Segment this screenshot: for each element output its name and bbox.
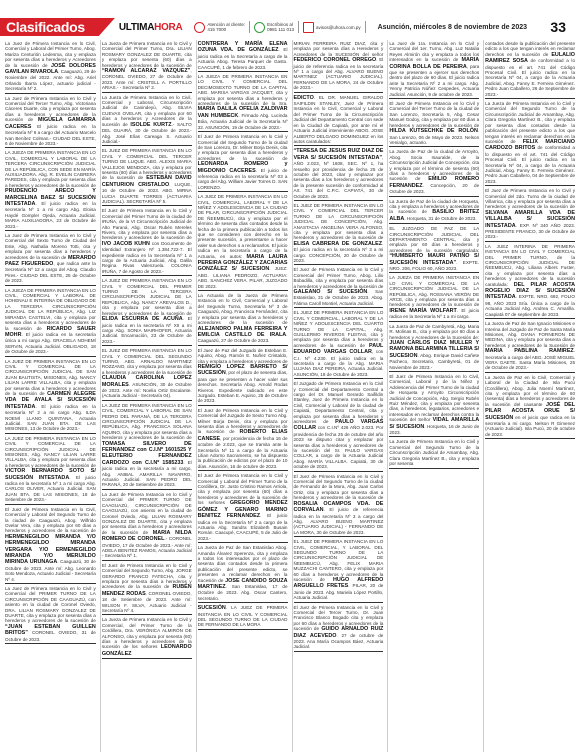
notice-text: La Jueza de Primera Instancia en lo Civi…: [102, 41, 192, 68]
notice-text: LA JUEZA DE PRIMERA INSTANCIA EN LO CIVI…: [198, 74, 288, 106]
legal-notice: MIRIAN FERREIRA RUIZ DIAZ, cita y emplaz…: [294, 40, 384, 93]
legal-notice: La Jueza de Paz de la ciudad de Horqueta…: [389, 198, 479, 225]
legal-notice: El Juez de Primera Instancia en lo Civil…: [102, 562, 192, 616]
notice-text: de conformidad a lo dispuesto en el art.…: [485, 145, 575, 183]
notice-text: LA JUEZA DE PRIMERA INSTANCIA EN LO CIVI…: [389, 275, 479, 307]
contact-whatsapp: Escríbinos al0981 111 013: [254, 22, 294, 33]
legal-notice: LA JUEZA DE PRIMERA INSTANCIA EN LO CIVI…: [5, 149, 96, 231]
legal-notice: La Actuaria de la Jueza de Primera Insta…: [198, 292, 288, 346]
legal-notice: EL JUEZ DE PRIMERA INSTANCIA EN LO CIVIL…: [102, 347, 192, 401]
notice-text: El Juez de Primera Instancia en lo Civil…: [389, 101, 479, 128]
notice-text: LA JUEZ DE PRIMERA INSTANCIA EN LO CIVIL…: [102, 403, 192, 440]
legal-notice: LA JUEZ INTERINA DE PRIMERA INSTANCIA EN…: [485, 243, 575, 319]
notice-column: La Juez de 1ra. Instancia en lo Civil y …: [387, 40, 480, 752]
legal-notice: La Jueza de Primera Instancia en lo Civi…: [102, 616, 192, 659]
notice-column: contados desde la publicación del presen…: [483, 40, 576, 752]
notice-column: CONTRERA Y MARÍA ELENA OZUNA VDA. DE GON…: [196, 40, 289, 752]
notice-text: El Juez de Primera Instancia en lo Civil…: [102, 208, 192, 240]
legal-notice: La Juez de Primera Instancia en lo Civil…: [102, 491, 192, 561]
decedent-name: “RAMON ALCARAZ VAZQUEZ”: [102, 68, 191, 74]
legal-notice: La Jueza de Paz de San Estanislao Abog. …: [198, 544, 288, 603]
divider: [365, 21, 366, 33]
decedent-name: IRENE MARÍA WOLFART: [389, 308, 457, 314]
decedent-name: GALEANO S/ SUCESIÓN: [294, 289, 368, 295]
contact-email: avisos@uhora.com.py: [303, 22, 361, 33]
legal-notice: El Juez de Primera Instancia en lo Civil…: [389, 373, 479, 437]
legal-notice: La Jueza de Primera Instancia en lo Civi…: [102, 94, 192, 147]
legal-notice: El Juez de Primera Instancia en lo Civil…: [198, 472, 288, 543]
decedent-name: MARIA PABLINA RAMIREZ: [485, 348, 574, 354]
notice-text: , AÑO 2.023, Nº 1608, SEC. Nº 1, ha resu…: [294, 155, 384, 199]
notice-text: La Jueza de Paz de San Ignacio Misiones …: [485, 321, 575, 348]
legal-notice: LA JUEZ DE PRIMERA INSTANCIA EN LO CIVIL…: [5, 435, 96, 505]
notice-text: El Juez de Primera Instancia en lo Civil…: [485, 188, 575, 209]
decedent-name: HILDA KUTSECHKE DE ROLÓN: [389, 128, 478, 134]
notice-text: EL JUEZ DE PRIMERA INSTANCIA EN LO CIVIL…: [294, 539, 384, 582]
legal-notice: LA JUEZ DE PRIMERA INSTANCIA EN LO CIVIL…: [198, 193, 288, 291]
notice-text: LA JUEZA DE PRIMERA INSTANCIA EN LO CIVI…: [5, 288, 96, 331]
legal-notice: EL JUEZ DE PRIMERA INSTANCIA EN LO CIVIL…: [102, 147, 192, 206]
legal-notice: LA JUEZA DE PRIMERA INSTANCIA EN LO CIVI…: [389, 274, 479, 321]
decedent-name: EDICTO: [294, 95, 314, 101]
legal-notice: LA JUEZA DE PRIMERA INSTANCIA EN LO CIVI…: [5, 287, 96, 357]
notice-text: La Juez de Primera Instancia en lo Civil…: [102, 492, 192, 535]
notice-text: . EL DR. MANUEL GIRALDO SAIFILDIN STANLE…: [294, 95, 384, 144]
legal-notice: EL JUEZ DE PRIMERA INSTANCIA EN LO CIVIL…: [294, 202, 384, 265]
notice-text: LA JUEZ DE PRIMERA INSTANCIA EN LO CIVIL…: [5, 436, 96, 468]
envelope-icon: [303, 22, 314, 33]
decedent-name: CONTRERA Y MARÍA ELENA OZUNA VDA. DE GON…: [198, 41, 288, 53]
newspaper-logo: ULTIMAHORA: [119, 22, 182, 33]
notice-text: El Juez de Paz del Juzgado de Esteban E.…: [198, 348, 288, 364]
legal-notice: LA JUEZA DE PRIMERA INSTANCIA EN LO CIVI…: [198, 73, 288, 132]
legal-notice: El Juez de Paz del Juzgado de Esteban E.…: [198, 347, 288, 406]
issue-date: Asunción, miércoles 8 de noviembre de 20…: [378, 24, 527, 31]
legal-notice: La Juez de 1ra. Instancia en lo Civil y …: [389, 40, 479, 99]
legal-notice: EDICTO. EL DR. MANUEL GIRALDO SAIFILDIN …: [294, 94, 384, 147]
decedent-name: ELISA CABRERA DE GONZALEZ: [294, 241, 383, 247]
legal-notice: El Juez de Primera Instancia en lo Civil…: [389, 100, 479, 147]
decedent-name: FEDERICO CORONEL ORREGO: [294, 57, 377, 63]
notice-text: con C.I.Nº 426 AÑO 2.023. Por providenci…: [294, 425, 384, 469]
legal-notice: El Juez de Primera Instancia en lo Civil…: [102, 207, 192, 276]
legal-notice: El Juez de Primera Instancia en lo Civil…: [294, 266, 384, 308]
legal-notice: La Jueza de Paz de Cambyretá, Abg. Maria…: [389, 323, 479, 372]
notice-text: EL JUEZ DE PRIMERA INSTANCIA EN LO CIVIL…: [102, 348, 192, 375]
legal-notice: EL JUEZ DE PRIMERA INSTANCIA EN LO CIVIL…: [294, 309, 384, 379]
legal-notice: La Juez de Primera Instancia en lo Civil…: [5, 585, 96, 644]
notice-column: La Juez de Primera Instancia en lo Civil…: [4, 40, 97, 752]
notice-text: El Juez de Primera Instancia en lo Civil…: [294, 474, 384, 501]
notice-text: LA JUEZ DE PRIMERA INSTANCIA EN LO CIVIL…: [198, 194, 288, 258]
notice-text: . Horqueta, 31 de Octubre de 2023.: [404, 216, 476, 221]
decedent-name: “TERESA DE JESUS RUIZ DIAZ DE VERA S/ SU…: [294, 148, 384, 160]
legal-notice: EL JUEZ DE PRIMERA INSTANCIA EN LO CIVIL…: [294, 538, 384, 602]
legal-notice: El Juez de Primera Instancia en lo Civil…: [294, 604, 384, 652]
notice-text: El Juez de Primera Instancia en lo Civil…: [5, 507, 96, 534]
notice-text: EL JUEZ DE PRIMERA INSTANCIA EN LO CIVIL…: [294, 203, 384, 240]
legal-notice: EL JUZGADO DE PAZ DE LA CIRCUNSCRIPCIÓN …: [389, 225, 479, 273]
notice-text: La Jueza de Primera Instancia en lo Civi…: [485, 101, 575, 144]
notice-text: MIRIAN FERREIRA RUIZ DIAZ, cita y emplaz…: [294, 41, 384, 57]
page-number: 33: [550, 19, 566, 35]
notice-text: La Actuaria de la Jueza de Primera Insta…: [198, 293, 288, 325]
notice-text: de conformidad a lo dispuesto en el art.…: [485, 58, 575, 96]
legal-notice: La Jueza de Primera Instancia en lo Civi…: [389, 438, 479, 469]
legal-notice: La Jueza de Primera Instancia en lo Civi…: [485, 100, 575, 186]
legal-notice: La Jueza de Paz de la ciudad de Arroyito…: [389, 148, 479, 196]
notice-text: La Jueza de Primera Instancia en lo Civi…: [389, 439, 479, 466]
classifieds-columns: La Juez de Primera Instancia en lo Civil…: [4, 40, 576, 752]
page-header: Clasificados ULTIMAHORA Atención al clie…: [0, 18, 580, 36]
legal-notice: LA JUEZ DE PRIMERA INSTANCIA EN LO CIVIL…: [102, 402, 192, 490]
legal-notice: LA JUEZ DE PRIMERA INSTANCIA EN LO CIVIL…: [102, 277, 192, 346]
contact-phone: Atención al cliente:415 7000: [194, 22, 245, 33]
legal-notice: La Juez de Primera Instancia en lo Civil…: [5, 40, 96, 94]
notice-text: La Jueza de Paz de Cambyretá, Abg. Maria…: [389, 324, 479, 340]
notice-text: LA JUEZA DE PRIMERA INSTANCIA EN LO CIVI…: [5, 150, 96, 187]
decedent-name: ELIDA ESCURRA DE ACUÑA: [102, 316, 183, 322]
notice-text: LA JUEZ INTERINA DE PRIMERA INSTANCIA EN…: [485, 244, 575, 287]
legal-notice: La Jueza de Paz de San Ignacio Misiones …: [485, 320, 575, 373]
decedent-name: ALEJANDRO PALMA FERREIRA Y EMILCIA CASTI…: [198, 326, 288, 338]
legal-notice: El Juez de Primera Instancia en lo Civil…: [485, 187, 575, 242]
decedent-name: ISOLDE KURTZ: [130, 122, 171, 128]
legal-notice: CONTRERA Y MARÍA ELENA OZUNA VDA. DE GON…: [198, 40, 288, 72]
divider: [298, 21, 299, 33]
notice-text: El Juzgado de Primera Instancia en lo Ci…: [294, 381, 384, 424]
divider: [249, 21, 250, 33]
legal-notice: SUCESIÓN. LA JUEZ DE PRIMERA INSTANCIA E…: [198, 604, 288, 630]
legal-notice: La Jueza de Primera Instancia en lo Civi…: [102, 40, 192, 93]
legal-notice: El Juez de Primera Instancia en lo Civil…: [198, 133, 288, 192]
notice-column: MIRIAN FERREIRA RUIZ DIAZ, cita y emplaz…: [292, 40, 385, 752]
whatsapp-icon: [254, 22, 265, 33]
legal-notice: El Juez de Primera Instancia en lo Civil…: [5, 506, 96, 584]
phone-icon: [194, 22, 205, 33]
legal-notice: La Juez de Primera Instancia en lo Civil…: [5, 95, 96, 149]
notice-column: La Jueza de Primera Instancia en lo Civi…: [100, 40, 193, 752]
notice-text: LA JUEZ DE PRIMERA INSTANCIA EN LO CIVIL…: [102, 278, 192, 315]
decedent-name: SUCESIÓN: [198, 605, 226, 611]
notice-text: El Juez de Primera Instancia en lo Civil…: [389, 374, 479, 422]
legal-notice: LA JUEZ DE PRIMERA INSTANCIA EN LO CIVIL…: [5, 358, 96, 434]
legal-notice: La Juez de Primera Instancia en lo Civil…: [5, 232, 96, 286]
notice-text: EL JUZGADO DE PAZ DE LA CIRCUNSCRIPCIÓN …: [389, 226, 479, 253]
decedent-name: TOMASA SILVERO DE FERNANDEZ con C.I.Nº 1…: [102, 441, 192, 466]
notice-text: El Juez de Primera Instancia en lo Civil…: [294, 267, 384, 288]
notice-text: El Juez de Primera Instancia en lo Civil…: [198, 134, 288, 161]
section-title: Clasificados: [0, 18, 115, 36]
legal-notice: contados desde la publicación del presen…: [485, 40, 575, 99]
legal-notice: El Juez de Primera Instancia en lo Civil…: [198, 407, 288, 471]
decedent-name: IVO JACOB KUHN: [102, 241, 150, 247]
legal-notice: La Jueza de Paz en lo Civil, Comercial y…: [485, 374, 575, 439]
legal-notice: El Juez de Primera Instancia en lo Civil…: [294, 473, 384, 537]
legal-notice: “TERESA DE JESUS RUIZ DIAZ DE VERA S/ SU…: [294, 147, 384, 201]
notice-text: La Juez de Primera Instancia en lo Civil…: [5, 586, 96, 623]
legal-notice: El Juzgado de Primera Instancia en lo Ci…: [294, 380, 384, 472]
